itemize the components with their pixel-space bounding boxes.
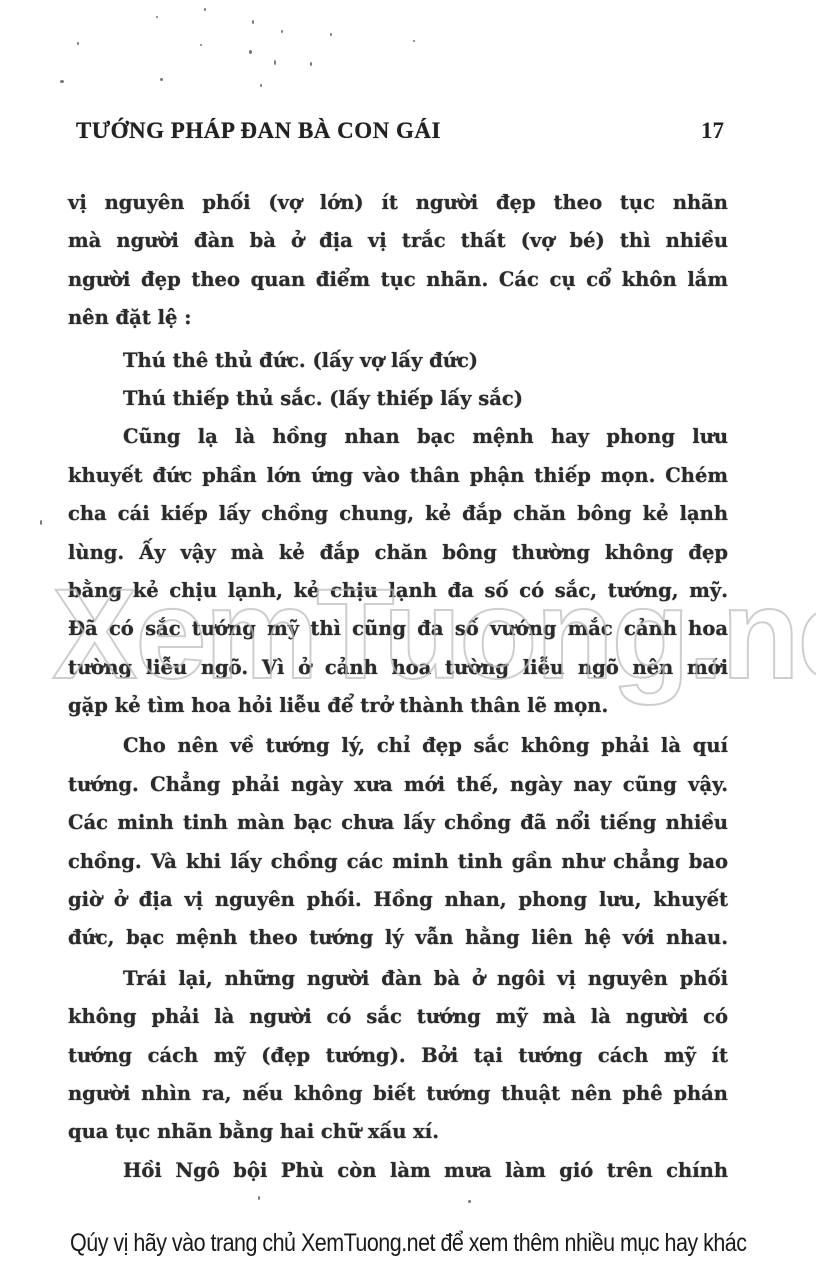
scan-speck: [258, 1196, 260, 1200]
paragraph-first-line: Cho nên về tướng lý, chỉ đẹp sắc không p…: [68, 727, 728, 765]
text-line: cha cái kiếp lấy chồng chung, kẻ đắp chă…: [68, 495, 728, 533]
scan-speck: [281, 30, 283, 33]
scan-speck: [77, 42, 79, 45]
scan-speck: [160, 78, 163, 81]
scan-speck: [260, 84, 262, 87]
scanned-book-page: TƯỚNG PHÁP ĐAN BÀ CON GÁI 17 vị nguyên p…: [0, 0, 816, 1210]
scan-speck: [60, 80, 64, 83]
text-line: giờ ở địa vị nguyên phối. Hồng nhan, pho…: [68, 881, 728, 919]
scan-speck: [330, 33, 332, 36]
scan-speck: [204, 8, 206, 11]
text-line: gặp kẻ tìm hoa hỏi liễu để trở thành thâ…: [68, 687, 728, 725]
text-line: khuyết đức phần lớn ứng vào thân phận th…: [68, 457, 728, 495]
footer-banner: Qúy vị hãy vào trang chủ XemTuong.net để…: [0, 1210, 816, 1277]
scan-speck: [252, 20, 254, 24]
paragraph-first-line: Hồi Ngô bội Phù còn làm mưa làm gió trên…: [68, 1152, 728, 1190]
text-line: chồng. Và khi lấy chồng các minh tinh gầ…: [68, 843, 728, 881]
text-line: tường liễu ngõ. Vì ở cảnh hoa tường liễu…: [68, 649, 728, 687]
text-line: qua tục nhãn bằng hai chữ xấu xí.: [68, 1113, 728, 1151]
text-line: vị nguyên phối (vợ lớn) ít người đẹp the…: [68, 184, 728, 222]
paragraph-first-line: Cũng lạ là hồng nhan bạc mệnh hay phong …: [68, 418, 728, 456]
scan-speck: [310, 62, 312, 66]
scan-speck: [156, 16, 158, 18]
scan-speck: [274, 60, 276, 65]
scan-speck: [40, 520, 42, 525]
quote-line: Thú thê thủ đức. (lấy vợ lấy đức): [68, 342, 728, 380]
quote-line: Thú thiếp thủ sắc. (lấy thiếp lấy sắc): [68, 380, 728, 418]
text-line: tướng cách mỹ (đẹp tướng). Bởi tại tướng…: [68, 1037, 728, 1075]
text-line: người nhìn ra, nếu không biết tướng thuậ…: [68, 1075, 728, 1113]
body-text: vị nguyên phối (vợ lớn) ít người đẹp the…: [68, 184, 728, 1190]
paragraph-first-line: Trái lại, những người đàn bà ở ngôi vị n…: [68, 960, 728, 998]
text-line: Đã có sắc tướng mỹ thì cũng đa số vướng …: [68, 610, 728, 648]
text-line: không phải là người có sắc tướng mỹ mà l…: [68, 998, 728, 1036]
scan-speck: [200, 44, 202, 46]
footer-promo-text: Qúy vị hãy vào trang chủ XemTuong.net để…: [70, 1229, 746, 1258]
text-line: mà người đàn bà ở địa vị trắc thất (vợ b…: [68, 222, 728, 260]
text-line: người đẹp theo quan điểm tục nhãn. Các c…: [68, 261, 728, 299]
running-head: TƯỚNG PHÁP ĐAN BÀ CON GÁI 17: [76, 118, 728, 152]
page-number: 17: [701, 118, 724, 144]
scan-speck: [468, 1200, 471, 1203]
text-line: lùng. Ấy vậy mà kẻ đắp chăn bông thường …: [68, 534, 728, 572]
text-line: bằng kẻ chịu lạnh, kẻ chịu lạnh đa số có…: [68, 572, 728, 610]
scan-speck: [413, 40, 415, 42]
text-line: Các minh tinh màn bạc chưa lấy chồng đã …: [68, 804, 728, 842]
text-line: đức, bạc mệnh theo tướng lý vẫn hằng liê…: [68, 919, 728, 957]
scan-speck: [249, 50, 252, 54]
text-line: tướng. Chẳng phải ngày xưa mới thế, ngày…: [68, 766, 728, 804]
book-title: TƯỚNG PHÁP ĐAN BÀ CON GÁI: [76, 118, 441, 144]
text-line: nên đặt lệ :: [68, 299, 728, 337]
